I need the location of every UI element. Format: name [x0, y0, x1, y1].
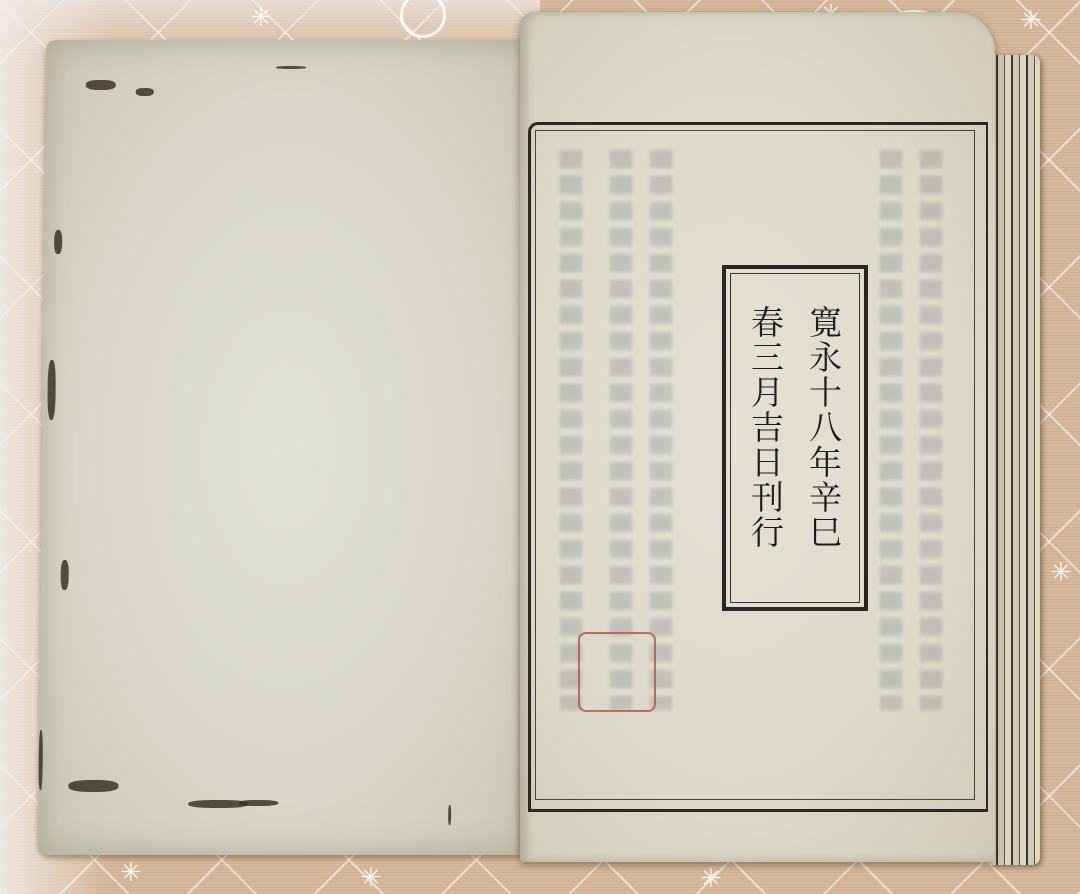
wormhole-damage [448, 805, 451, 825]
lace-star: ✳ [1020, 8, 1042, 34]
wormhole-damage [68, 780, 118, 792]
red-seal-stamp: 𥠖 [578, 632, 656, 712]
lace-star: ✳ [360, 865, 382, 891]
stacked-page-edges [990, 55, 1040, 865]
wormhole-damage [54, 230, 62, 254]
lace-star: ✳ [1050, 560, 1072, 586]
wormhole-damage [238, 800, 278, 806]
wormhole-damage [276, 66, 306, 69]
wormhole-damage [38, 730, 43, 790]
left-page-blank [38, 40, 537, 855]
wormhole-damage [61, 560, 69, 590]
wormhole-damage [136, 88, 154, 96]
colophon-cartouche: 寛永十八年辛巳 春三月吉日刊行 [722, 265, 868, 611]
colophon-line-2: 春三月吉日刊行 [749, 305, 782, 550]
bleed-through-text [880, 150, 902, 710]
colophon-line-1: 寛永十八年辛巳 [807, 305, 840, 550]
bleed-through-text [650, 150, 672, 710]
bleed-through-text [610, 150, 632, 710]
bleed-through-text [920, 150, 942, 710]
lace-star: ✳ [700, 866, 722, 892]
lace-star: ✳ [250, 5, 272, 31]
bleed-through-text [560, 150, 582, 710]
wormhole-damage [47, 360, 56, 420]
wormhole-damage [86, 80, 116, 90]
lace-star: ✳ [120, 860, 142, 886]
